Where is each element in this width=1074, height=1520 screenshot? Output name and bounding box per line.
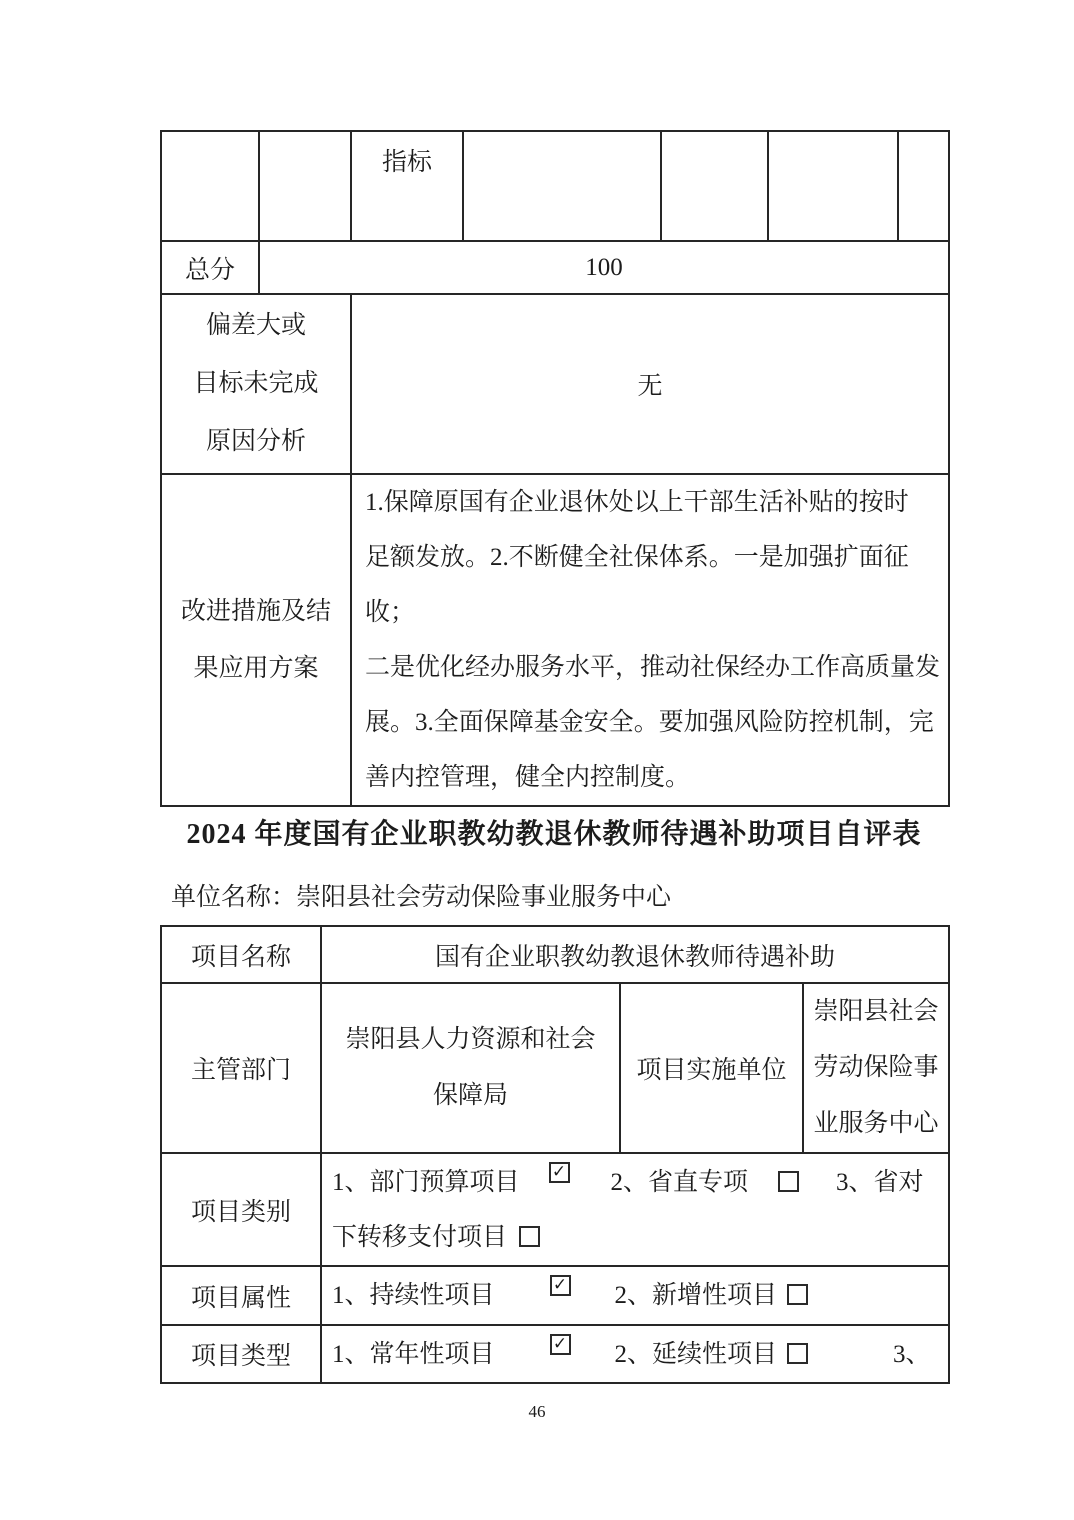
improvement-text-line: 善内控管理，健全内控制度。 [365, 750, 942, 805]
project-category-row: 项目类别 1、部门预算项目✓2、省直专项3、省对 下转移支付项目 [161, 1153, 949, 1266]
deviation-label-line: 原因分析 [162, 413, 350, 471]
implementing-unit-line: 业服务中心 [804, 1096, 948, 1152]
department-label: 主管部门 [161, 983, 321, 1153]
project-attribute-row: 项目属性 1、持续性项目✓2、新增性项目 [161, 1266, 949, 1325]
improvement-measures-row: 改进措施及结 果应用方案 1.保障原国有企业退休处以上干部生活补贴的按时 足额发… [161, 474, 949, 806]
project-name-label: 项目名称 [161, 926, 321, 983]
project-name-row: 项目名称 国有企业职教幼教退休教师待遇补助 [161, 926, 949, 983]
project-name-value: 国有企业职教幼教退休教师待遇补助 [321, 926, 949, 983]
improvement-text-line: 足额发放。2.不断健全社保体系。一是加强扩面征收； [365, 530, 942, 640]
option-label: 3、省对 [836, 1169, 924, 1196]
checked-checkbox: ✓ [549, 1162, 570, 1183]
improvement-measures-label: 改进措施及结 果应用方案 [161, 474, 351, 806]
empty-cell [161, 131, 259, 241]
checked-checkbox: ✓ [550, 1275, 571, 1296]
indicator-row: 指标 [161, 131, 949, 241]
department-row: 主管部门 崇阳县人力资源和社会 保障局 项目实施单位 崇阳县社会 劳动保险事 业… [161, 983, 949, 1153]
unchecked-checkbox [787, 1284, 808, 1305]
unchecked-checkbox [519, 1226, 540, 1247]
unit-name: 单位名称：崇阳县社会劳动保险事业服务中心 [171, 877, 671, 913]
empty-cell [463, 131, 661, 241]
option-label: 1、持续性项目 [332, 1282, 495, 1309]
option-label: 2、延续性项目 [615, 1341, 778, 1368]
project-attribute-label: 项目属性 [161, 1266, 321, 1325]
project-category-label: 项目类别 [161, 1153, 321, 1266]
option-label: 3、 [893, 1341, 931, 1368]
deviation-label-line: 偏差大或 [162, 297, 350, 355]
project-type-options: 1、常年性项目✓2、延续性项目3、 [321, 1325, 949, 1383]
project-type-label: 项目类型 [161, 1325, 321, 1383]
total-score-value: 100 [259, 241, 949, 294]
category-option-line: 1、部门预算项目✓2、省直专项3、省对 [332, 1155, 948, 1210]
section-title: 2024 年度国有企业职教幼教退休教师待遇补助项目自评表 [160, 812, 948, 852]
document-page: 指标 总分 100 偏差大或 目标未完成 原因分析 无 改进措施及结 果应用方案 [0, 0, 1074, 1520]
indicator-cell: 指标 [351, 131, 463, 241]
option-label: 下转移支付项目 [332, 1224, 507, 1251]
empty-cell [898, 131, 949, 241]
deviation-analysis-value: 无 [351, 294, 949, 474]
indicator-label: 指标 [352, 132, 462, 178]
option-label: 2、省直专项 [611, 1169, 749, 1196]
department-value-line: 保障局 [322, 1068, 619, 1124]
project-type-row: 项目类型 1、常年性项目✓2、延续性项目3、 [161, 1325, 949, 1383]
empty-cell [768, 131, 898, 241]
total-score-row: 总分 100 [161, 241, 949, 294]
attribute-option-line: 1、持续性项目✓2、新增性项目 [332, 1268, 948, 1323]
page-number: 46 [0, 1402, 1074, 1422]
performance-summary-table: 指标 总分 100 偏差大或 目标未完成 原因分析 无 改进措施及结 果应用方案 [160, 130, 950, 807]
project-evaluation-table: 项目名称 国有企业职教幼教退休教师待遇补助 主管部门 崇阳县人力资源和社会 保障… [160, 925, 950, 1384]
implementing-unit-line: 崇阳县社会 [804, 984, 948, 1040]
unchecked-checkbox [778, 1171, 799, 1192]
deviation-analysis-row: 偏差大或 目标未完成 原因分析 无 [161, 294, 949, 474]
project-category-options: 1、部门预算项目✓2、省直专项3、省对 下转移支付项目 [321, 1153, 949, 1266]
deviation-label-line: 目标未完成 [162, 355, 350, 413]
type-option-line: 1、常年性项目✓2、延续性项目3、 [332, 1327, 948, 1382]
empty-cell [661, 131, 768, 241]
department-value: 崇阳县人力资源和社会 保障局 [321, 983, 620, 1153]
category-option-line: 下转移支付项目 [332, 1210, 948, 1265]
checked-checkbox: ✓ [550, 1334, 571, 1355]
option-label: 1、部门预算项目 [332, 1169, 520, 1196]
unchecked-checkbox [787, 1343, 808, 1364]
option-label: 1、常年性项目 [332, 1341, 495, 1368]
department-value-line: 崇阳县人力资源和社会 [322, 1012, 619, 1068]
improvement-text-line: 1.保障原国有企业退休处以上干部生活补贴的按时 [365, 475, 942, 530]
implementing-unit-value: 崇阳县社会 劳动保险事 业服务中心 [803, 983, 949, 1153]
improvement-text-line: 展。3.全面保障基金安全。要加强风险防控机制，完 [365, 695, 942, 750]
improvement-label-line: 果应用方案 [162, 640, 350, 697]
improvement-label-line: 改进措施及结 [162, 583, 350, 640]
project-attribute-options: 1、持续性项目✓2、新增性项目 [321, 1266, 949, 1325]
improvement-measures-text: 1.保障原国有企业退休处以上干部生活补贴的按时 足额发放。2.不断健全社保体系。… [351, 474, 949, 806]
total-score-label: 总分 [161, 241, 259, 294]
empty-cell [259, 131, 351, 241]
option-label: 2、新增性项目 [615, 1282, 778, 1309]
improvement-text-line: 二是优化经办服务水平，推动社保经办工作高质量发 [365, 640, 942, 695]
implementing-unit-label: 项目实施单位 [620, 983, 803, 1153]
implementing-unit-line: 劳动保险事 [804, 1040, 948, 1096]
deviation-analysis-label: 偏差大或 目标未完成 原因分析 [161, 294, 351, 474]
